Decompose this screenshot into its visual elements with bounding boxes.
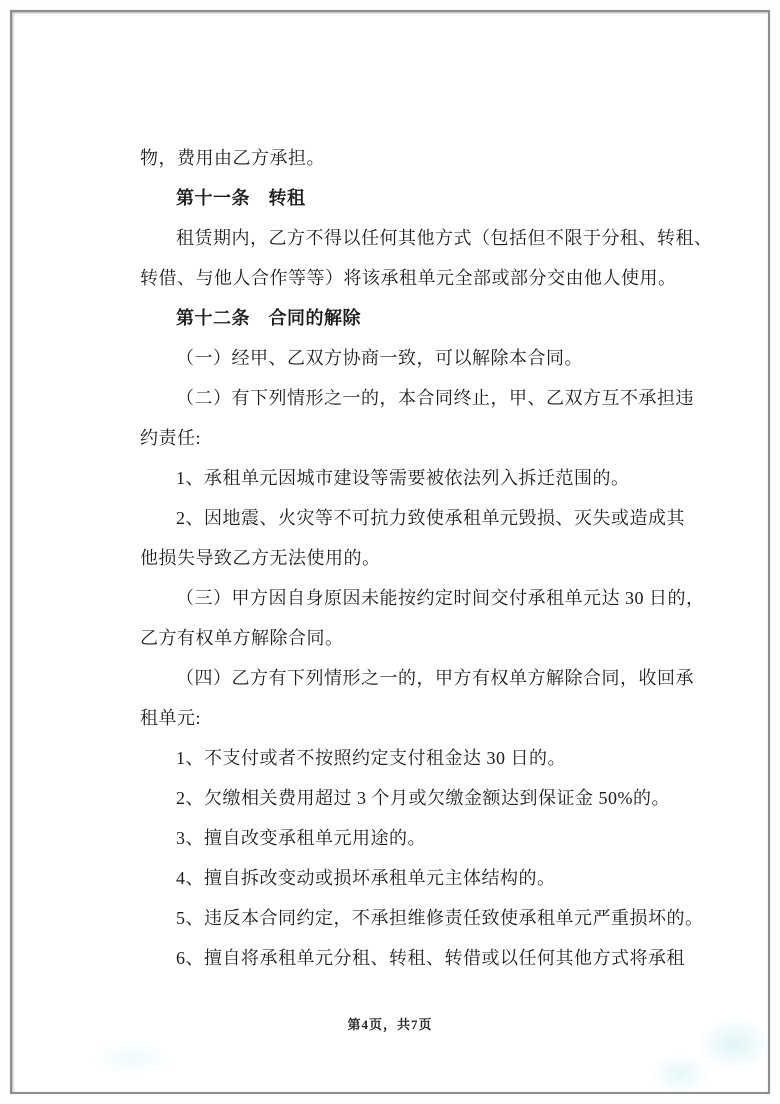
text-line: 租赁期内，乙方不得以任何其他方式（包括但不限于分租、转租、 — [140, 218, 685, 258]
article-11-heading: 第十一条 转租 — [140, 178, 685, 218]
text-line: 他损失导致乙方无法使用的。 — [140, 538, 685, 578]
page-number: 第4页，共7页 — [12, 1014, 768, 1033]
clause-2-line: （二）有下列情形之一的，本合同终止，甲、乙双方互不承担违 — [140, 378, 685, 418]
list-item: 4、擅自拆改变动或损坏承租单元主体结构的。 — [140, 858, 685, 898]
list-item: 1、不支付或者不按照约定支付租金达 30 日的。 — [140, 738, 685, 778]
list-item: 2、欠缴相关费用超过 3 个月或欠缴金额达到保证金 50%的。 — [140, 778, 685, 818]
list-item: 2、因地震、火灾等不可抗力致使承租单元毁损、灭失或造成其 — [140, 498, 685, 538]
list-item: 1、承租单元因城市建设等需要被依法列入拆迁范围的。 — [140, 458, 685, 498]
text-line: 租单元: — [140, 698, 685, 738]
document-page: 物，费用由乙方承担。 第十一条 转租 租赁期内，乙方不得以任何其他方式（包括但不… — [10, 10, 770, 1094]
text-line: 约责任: — [140, 418, 685, 458]
text-line: 物，费用由乙方承担。 — [140, 138, 685, 178]
text-line: 乙方有权单方解除合同。 — [140, 618, 685, 658]
clause-3-line: （三）甲方因自身原因未能按约定时间交付承租单元达 30 日的， — [140, 578, 685, 618]
text-line: 转借、与他人合作等等）将该承租单元全部或部分交由他人使用。 — [140, 258, 685, 298]
list-item: 3、擅自改变承租单元用途的。 — [140, 818, 685, 858]
list-item: 5、违反本合同约定，不承担维修责任致使承租单元严重损坏的。 — [140, 898, 685, 938]
contract-body: 物，费用由乙方承担。 第十一条 转租 租赁期内，乙方不得以任何其他方式（包括但不… — [140, 138, 685, 978]
clause-1-line: （一）经甲、乙双方协商一致，可以解除本合同。 — [140, 338, 685, 378]
article-12-heading: 第十二条 合同的解除 — [140, 298, 685, 338]
clause-4-line: （四）乙方有下列情形之一的，甲方有权单方解除合同，收回承 — [140, 658, 685, 698]
list-item: 6、擅自将承租单元分租、转租、转借或以任何其他方式将承租 — [140, 938, 685, 978]
